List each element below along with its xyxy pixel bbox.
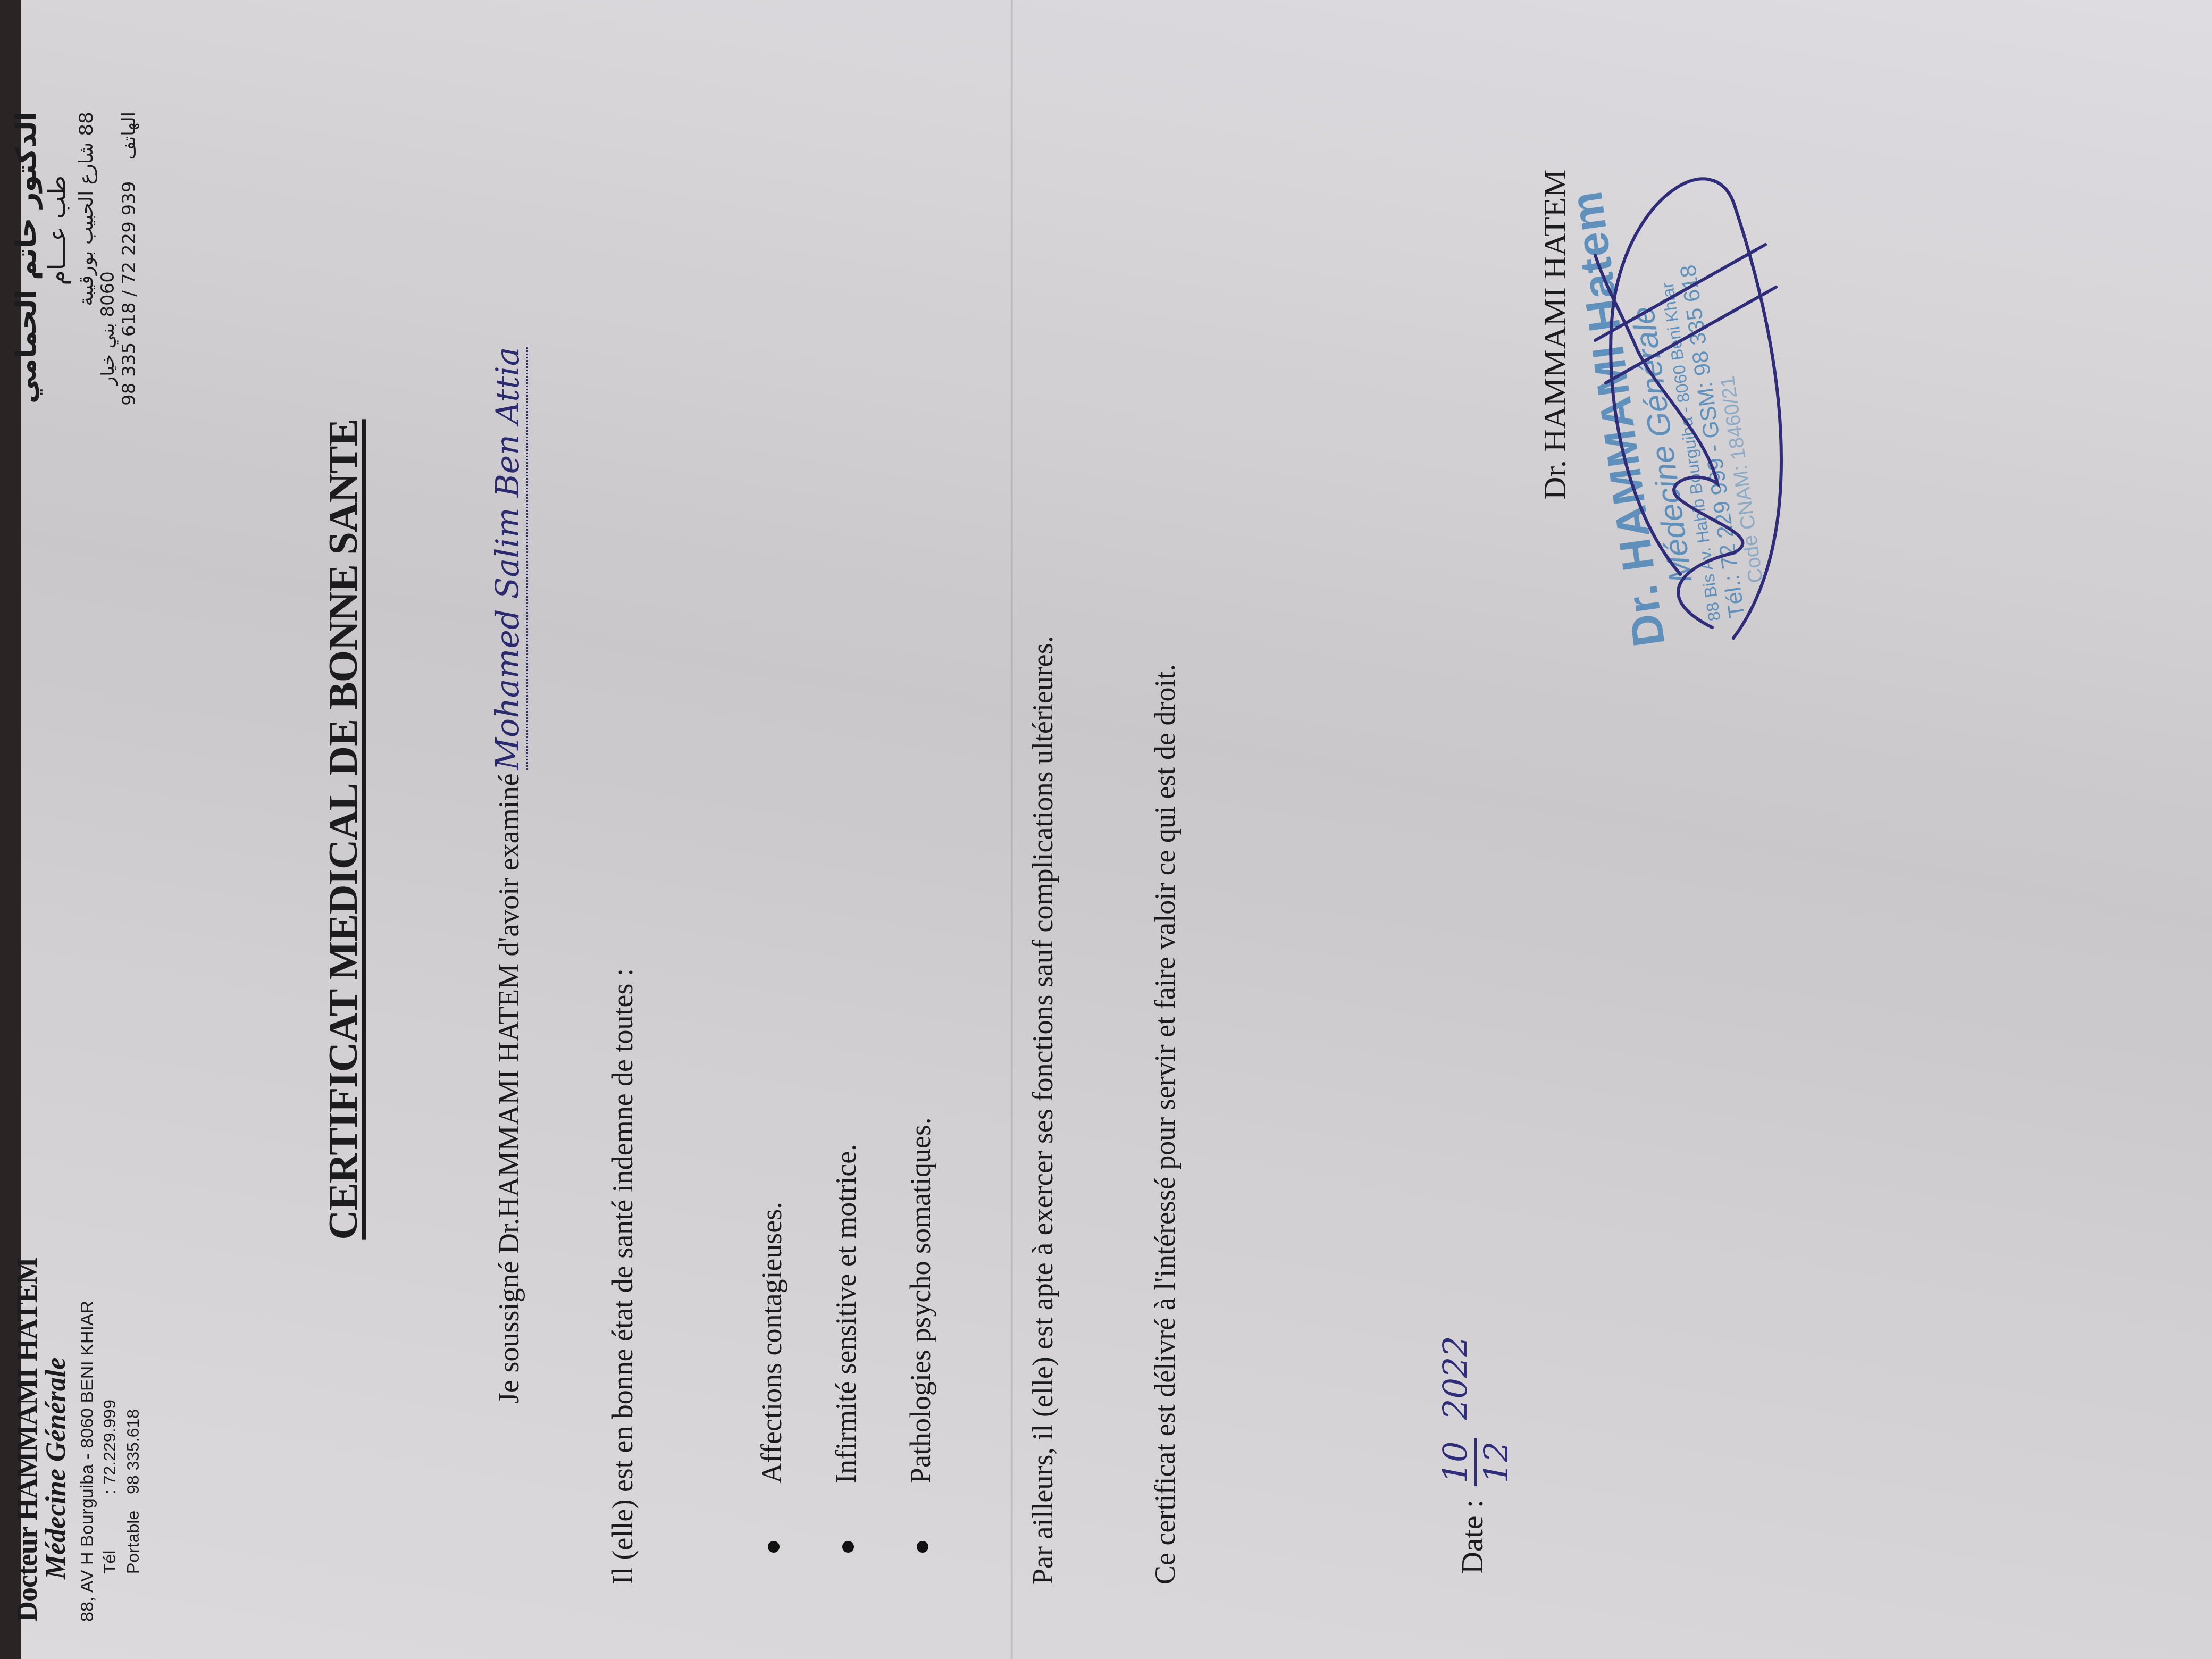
letterhead-arabic: الدكتور حاتم الحمامي طب عـــام 88 شارع ا… <box>11 112 140 617</box>
paper-fold-line <box>1010 0 1013 1659</box>
closing-statement: Ce certificat est délivré à l'intéressé … <box>1149 664 1182 1585</box>
letterhead-specialty: Médecine Générale <box>40 1143 72 1579</box>
signature-icon <box>1574 128 1797 659</box>
letterhead-mobile: Portable98 335.618 <box>121 1143 145 1574</box>
bullet-icon <box>917 1541 928 1553</box>
certificate-title: CERTIFICAT MEDICAL DE BONNE SANTE <box>319 0 367 1659</box>
condition-item: Affections contagieuses. <box>755 1118 829 1553</box>
condition-item: Pathologies psycho somatiques. <box>904 1118 978 1553</box>
arabic-phones-value: 98 335 618 / 72 229 939 <box>119 181 140 406</box>
letterhead-tel: Tél: 72.229.999 <box>98 1143 121 1574</box>
intro-statement: Je soussigné Dr.HAMMAMI HATEM d'avoir ex… <box>489 347 526 1404</box>
condition-text: Pathologies psycho somatiques. <box>904 1118 936 1484</box>
date-month: 12 <box>1477 1438 1515 1486</box>
date-day-month-handwritten: 10 12 <box>1436 1438 1515 1486</box>
condition-text: Infirmité sensitive et motrice. <box>830 1144 862 1484</box>
letterhead-arabic-phones: 98 335 618 / 72 229 939الهاتف <box>119 112 140 617</box>
mobile-label: Portable <box>121 1494 145 1574</box>
date-label: Date : <box>1455 1499 1489 1574</box>
conditions-list: Affections contagieuses. Infirmité sensi… <box>755 1118 978 1553</box>
letterhead-arabic-specialty: طب عـــام <box>43 175 71 617</box>
letterhead-arabic-address: 88 شارع الحبيب بورقيبة <box>76 112 97 617</box>
mobile-value: 98 335.618 <box>123 1409 143 1494</box>
health-statement: Il (elle) est en bonne état de santé ind… <box>606 968 639 1585</box>
intro-text: Je soussigné Dr.HAMMAMI HATEM d'avoir ex… <box>493 773 525 1404</box>
date-day: 10 <box>1436 1438 1477 1486</box>
letterhead-arabic-city: 8060 بني خيار <box>97 271 119 617</box>
letterhead-doctor-name: Docteur HAMMAMI HATEM <box>11 1143 44 1622</box>
date-field: Date : 10 12 2022 <box>1436 1336 1515 1574</box>
condition-item: Infirmité sensitive et motrice. <box>829 1118 904 1553</box>
tel-value: : 72.229.999 <box>100 1400 119 1494</box>
bullet-icon <box>842 1541 854 1553</box>
date-year: 2022 <box>1436 1336 1474 1420</box>
condition-text: Affections contagieuses. <box>756 1202 787 1484</box>
patient-name-handwritten: Mohamed Salim Ben Attia <box>489 347 528 770</box>
bullet-icon <box>768 1541 780 1553</box>
letterhead-arabic-name: الدكتور حاتم الحمامي <box>11 112 43 617</box>
tel-label: Tél <box>98 1494 121 1574</box>
arabic-phone-label: الهاتف <box>119 112 140 160</box>
aptitude-statement: Par ailleurs, il (elle) est apte à exerc… <box>1026 636 1059 1585</box>
letterhead-french: Docteur HAMMAMI HATEM Médecine Générale … <box>11 1143 145 1622</box>
letterhead-address: 88, AV H Bourguiba - 8060 BENI KHIAR <box>77 1143 98 1622</box>
certificate-sheet: Docteur HAMMAMI HATEM Médecine Générale … <box>0 0 2212 1659</box>
